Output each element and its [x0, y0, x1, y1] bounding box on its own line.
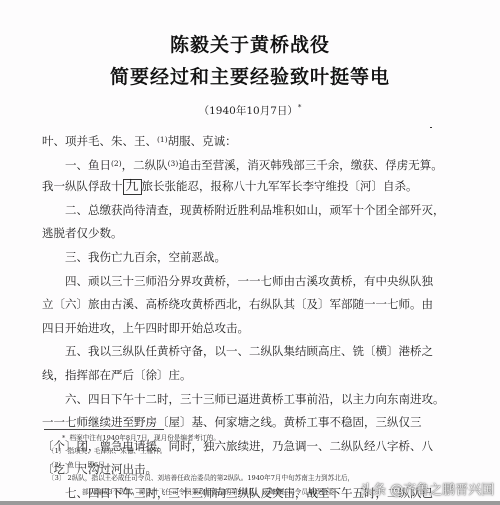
- paragraph-4-line-2: 立〔六〕旅由古溪、高桥绕攻黄桥西北，右纵队其〔及〕军部随一一七师。由: [42, 293, 452, 317]
- document-page: 陈毅关于黄桥战役 简要经过和主要经验致叶挺等电 （1940年10月7日）* 叶、…: [0, 0, 500, 501]
- watermark: 头条 @齐鲁之鹏晋兴国: [360, 479, 494, 498]
- footnote-marker: 〔3〕: [48, 474, 65, 482]
- footnote-marker: 〔2〕: [48, 461, 65, 469]
- salutation-text-2: 胡服、克诚：: [168, 134, 237, 148]
- salutation: 叶、项并毛、朱、王、(1)胡服、克诚：: [42, 128, 452, 152]
- document-title-line1: 陈毅关于黄桥战役: [0, 30, 500, 57]
- footnote-ref: (3): [168, 159, 179, 168]
- paragraph-5-line-1: 五、我以三纵队任黄桥守备，以一、二纵队集结顾高庄、铣〔横〕港桥之: [42, 340, 452, 364]
- footnote-text: 2纵队，指以王必成任司令员、刘培善任政治委员的第2纵队。1940年7月中旬苏南主…: [68, 474, 355, 482]
- footnote-marker: *: [62, 434, 65, 442]
- salutation-text: 叶、项并毛、朱、王、: [42, 134, 157, 148]
- footnote-2: 〔2〕 鱼日，即6日。: [48, 459, 482, 472]
- footnote-text: 指项英、毛泽东、朱德、王稼祥。: [68, 447, 167, 455]
- footnote-ref: (2): [111, 159, 122, 168]
- footnote-text: 档案中注有1940年8月7日，现月份是编者考订的。: [70, 434, 220, 442]
- footnote-1: 〔1〕 指项英、毛泽东、朱德、王稼祥。: [48, 445, 482, 458]
- paragraph-4-line-3: 四日开始进攻，上午四时即开始总攻击。: [42, 317, 452, 341]
- boxed-character: 九: [123, 179, 142, 195]
- paragraph-2-line-2: 逃脱者仅少数。: [42, 222, 452, 246]
- footnote-date: * 档案中注有1940年8月7日，现月份是编者考订的。: [62, 432, 482, 445]
- paragraph-3-line-1: 三、我伤亡九百余，空前恶战。: [42, 246, 452, 270]
- footnote-text: 鱼日，即6日。: [68, 461, 112, 469]
- paragraph-6-line-1: 六、四日下午十二时，三十三师已逼进黄桥工事前沿，以主力向东南进攻。: [42, 388, 452, 412]
- text: ，二纵队: [122, 158, 168, 172]
- paragraph-5-line-2: 线，指挥部在严后〔徐〕庄。: [42, 364, 452, 388]
- footnote-marker: 〔1〕: [48, 447, 65, 455]
- paragraph-1-line-2: 我一纵队俘敌十九旅长张能忍，报称八十九军军长李守维投〔河〕自杀。: [42, 175, 452, 199]
- paragraph-4-line-1: 四、顽以三十三师沿分界攻黄桥，一一七师由古溪攻黄桥，有中央纵队独: [42, 270, 452, 294]
- paragraph-2-line-1: 二、总缴获尚待清查，现黄桥附近胜利品堆积如山，顽军十个团全部歼灭，: [42, 199, 452, 223]
- date-footnote-mark: *: [298, 104, 302, 112]
- footnote-ref: (1): [157, 135, 168, 144]
- document-title-line2: 简要经过和主要经验致叶挺等电: [0, 62, 500, 89]
- footnote-divider: [44, 429, 164, 430]
- text: 我一纵队俘敌十: [42, 179, 123, 193]
- text: 旅长张能忍，报称八十九军军长李守维投〔河〕自杀。: [142, 179, 418, 193]
- document-date: （1940年10月7日）*: [0, 103, 500, 118]
- bottom-border: [0, 501, 500, 505]
- date-text: （1940年10月7日）: [199, 105, 298, 117]
- text: 追击至营溪，消灭韩残部三千余，缴获、俘虏无算。: [178, 158, 443, 172]
- paragraph-1-line-1: 一、鱼日(2)，二纵队(3)追击至营溪，消灭韩残部三千余，缴获、俘虏无算。: [42, 152, 452, 176]
- text: 一、鱼日: [65, 158, 111, 172]
